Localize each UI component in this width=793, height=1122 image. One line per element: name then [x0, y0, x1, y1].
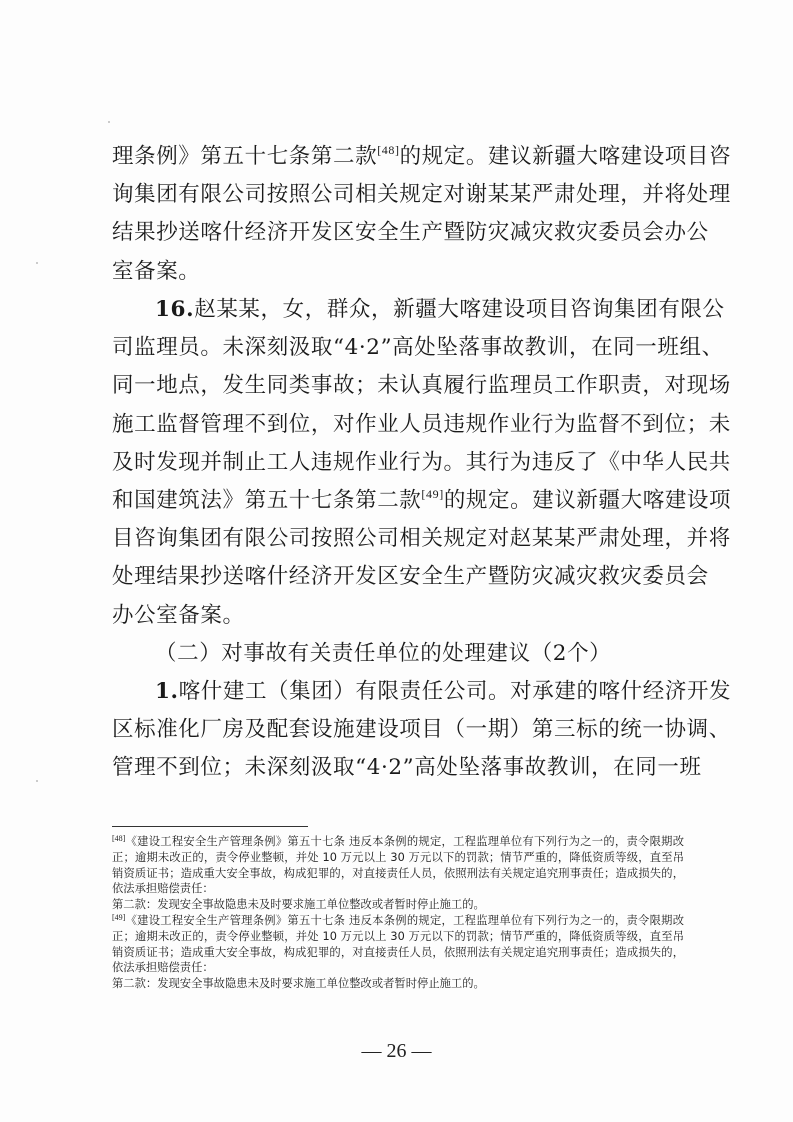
item-number: 1. [155, 679, 179, 704]
section-heading: （二）对事故有关责任单位的处理建议（2个） [112, 635, 684, 673]
text-line: 16.赵某某，女，群众，新疆大喀建设项目咨询集团有限公 [112, 291, 684, 329]
footnote-mark: [49] [112, 913, 125, 922]
paragraph-item-16: 16.赵某某，女，群众，新疆大喀建设项目咨询集团有限公 司监理员。未深刻汲取“4… [112, 291, 684, 635]
footnote-line: 依法承担赔偿责任： [112, 881, 684, 897]
scan-speck [36, 780, 38, 782]
scan-speck [36, 262, 38, 264]
footnote-line: 依法承担赔偿责任： [112, 960, 684, 976]
page-number: — 26 — [0, 1040, 793, 1063]
footnote-line: 第二款：发现安全事故隐患未及时要求施工单位整改或者暂时停止施工的。 [112, 897, 684, 913]
scan-speck [108, 121, 110, 123]
footnote-48: [48]《建设工程安全生产管理条例》第五十七条 违反本条例的规定，工程监理单位有… [112, 834, 684, 913]
footnote-mark: [48] [112, 834, 125, 843]
item-number: 16. [155, 297, 194, 322]
text-line: 1.喀什建工（集团）有限责任公司。对承建的喀什经济开发 [112, 673, 684, 711]
text-line: 理条例》第五十七条第二款[48]的规定。建议新疆大喀建设项目咨 [112, 138, 684, 176]
text-line: 办公室备案。 [112, 597, 684, 635]
footnote-line: 正；逾期未改正的，责令停业整顿，并处 10 万元以上 30 万元以下的罚款；情节… [112, 929, 684, 945]
footnote-49: [49]《建设工程安全生产管理条例》第五十七条 违反本条例的规定，工程监理单位有… [112, 913, 684, 992]
text-line: 及时发现并制止工人违规作业行为。其行为违反了《中华人民共 [112, 444, 684, 482]
paragraph-item-1: 1.喀什建工（集团）有限责任公司。对承建的喀什经济开发 区标准化厂房及配套设施建… [112, 673, 684, 788]
footnote-line: 第二款：发现安全事故隐患未及时要求施工单位整改或者暂时停止施工的。 [112, 976, 684, 992]
footnote-line: [48]《建设工程安全生产管理条例》第五十七条 违反本条例的规定，工程监理单位有… [112, 834, 684, 850]
text-line: 室备案。 [112, 253, 684, 291]
text-line: 区标准化厂房及配套设施建设项目（一期）第三标的统一协调、 [112, 711, 684, 749]
footnote-line: 正；逾期未改正的，责令停业整顿，并处 10 万元以上 30 万元以下的罚款；情节… [112, 850, 684, 866]
text-line: 司监理员。未深刻汲取“4·2”高处坠落事故教训，在同一班组、 [112, 329, 684, 367]
text-line: 目咨询集团有限公司按照公司相关规定对赵某某严肃处理，并将 [112, 520, 684, 558]
text-line: 询集团有限公司按照公司相关规定对谢某某严肃处理，并将处理 [112, 176, 684, 214]
footnote-line: 销资质证书；造成重大安全事故，构成犯罪的，对直接责任人员，依照刑法有关规定追究刑… [112, 945, 684, 961]
text-line: 同一地点，发生同类事故；未认真履行监理员工作职责，对现场 [112, 367, 684, 405]
paragraph-continuation: 理条例》第五十七条第二款[48]的规定。建议新疆大喀建设项目咨 询集团有限公司按… [112, 138, 684, 291]
text-line: 管理不到位；未深刻汲取“4·2”高处坠落事故教训，在同一班 [112, 749, 684, 787]
text-line: 结果抄送喀什经济开发区安全生产暨防灾减灾救灾委员会办公 [112, 214, 684, 252]
footnote-separator [112, 826, 308, 827]
document-page: 理条例》第五十七条第二款[48]的规定。建议新疆大喀建设项目咨 询集团有限公司按… [0, 0, 793, 1122]
text-line: 和国建筑法》第五十七条第二款[49]的规定。建议新疆大喀建设项 [112, 482, 684, 520]
footnotes: [48]《建设工程安全生产管理条例》第五十七条 违反本条例的规定，工程监理单位有… [112, 834, 684, 992]
footnote-line: 销资质证书；造成重大安全事故，构成犯罪的，对直接责任人员，依照刑法有关规定追究刑… [112, 866, 684, 882]
text-line: 施工监督管理不到位，对作业人员违规作业行为监督不到位；未 [112, 406, 684, 444]
footnote-ref-49[interactable]: [49] [421, 487, 443, 501]
heading-text: （二）对事故有关责任单位的处理建议（2个） [112, 635, 684, 673]
text-line: 处理结果抄送喀什经济开发区安全生产暨防灾减灾救灾委员会 [112, 558, 684, 596]
footnote-line: [49]《建设工程安全生产管理条例》第五十七条 违反本条例的规定，工程监理单位有… [112, 913, 684, 929]
footnote-ref-48[interactable]: [48] [377, 143, 399, 157]
